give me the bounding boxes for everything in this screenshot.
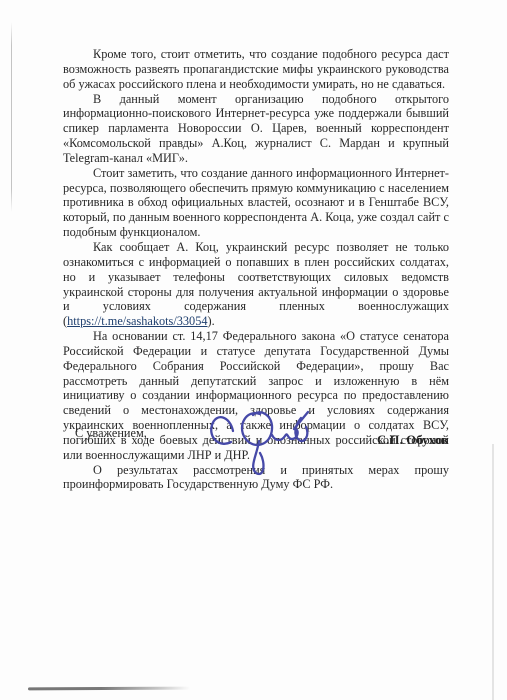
scan-artifact-right-line bbox=[492, 444, 494, 700]
paragraph-3: Стоит заметить, что создание данного инф… bbox=[63, 166, 449, 240]
closing-salutation: С уважением, bbox=[75, 426, 147, 441]
paragraph-2: В данный момент организацию подобного от… bbox=[63, 92, 449, 166]
handwritten-signature bbox=[203, 404, 319, 494]
scanned-letter-page: Кроме того, стоит отметить, что создание… bbox=[0, 0, 507, 700]
paragraph-1: Кроме того, стоит отметить, что создание… bbox=[63, 47, 449, 92]
scan-artifact-left-line bbox=[11, 22, 12, 212]
paragraph-4: Как сообщает А. Коц, украинский ресурс п… bbox=[63, 240, 449, 329]
scan-artifact-bottom-line bbox=[28, 687, 190, 690]
signer-name: С.П. Обухов bbox=[377, 433, 448, 448]
paragraph-4-text-after-link: ). bbox=[208, 314, 215, 328]
telegram-link[interactable]: https://t.me/sashakots/33054 bbox=[67, 314, 207, 328]
